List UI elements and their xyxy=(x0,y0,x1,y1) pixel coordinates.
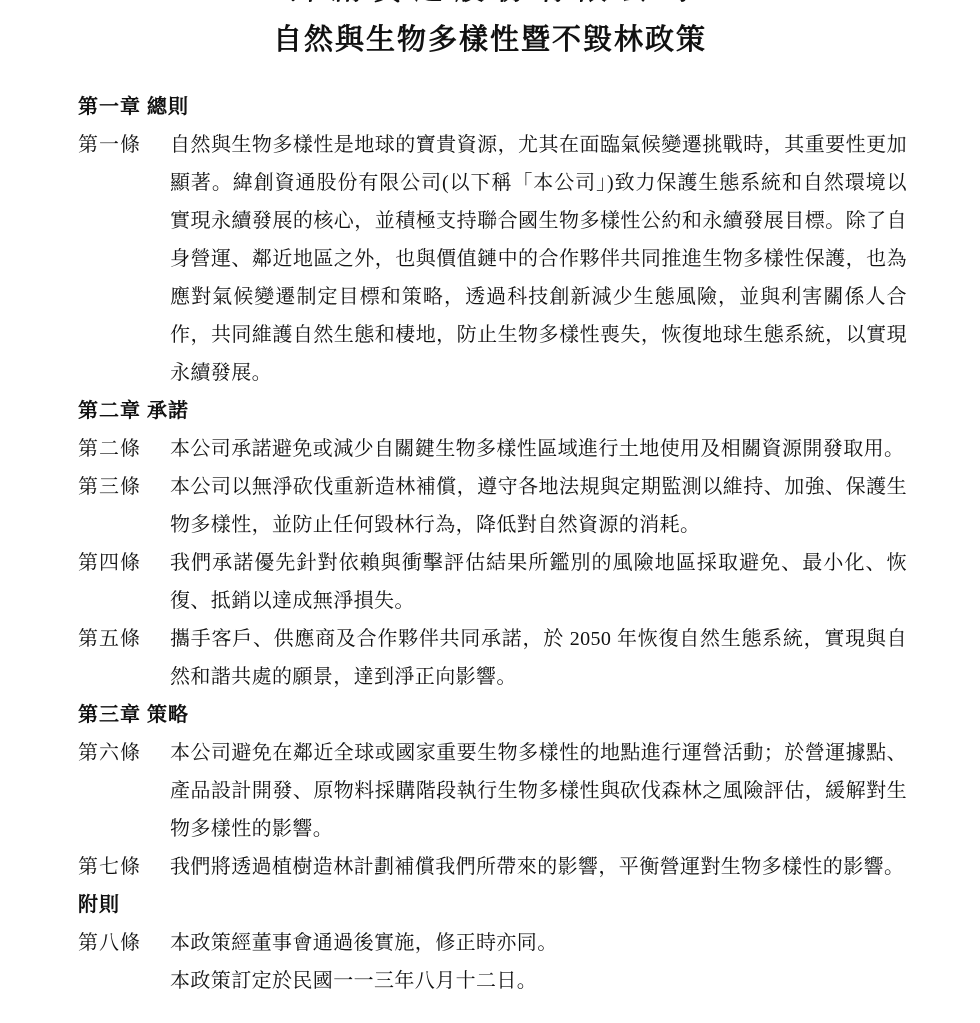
clipped-header-line: 緯創資通股份有限公司 xyxy=(0,0,980,6)
article-text: 我們承諾優先針對依賴與衝擊評估結果所鑑別的風險地區採取避免、最小化、恢復、抵銷以… xyxy=(170,544,907,620)
chapter-heading: 第二章 承諾 xyxy=(78,392,907,430)
article-text: 本公司避免在鄰近全球或國家重要生物多樣性的地點進行運營活動；於營運據點、產品設計… xyxy=(170,734,907,848)
article-number: 第二條 xyxy=(78,430,170,468)
article-number: 第六條 xyxy=(78,734,170,848)
article-paragraph: 本公司承諾避免或減少自關鍵生物多樣性區域進行土地使用及相關資源開發取用。 xyxy=(170,430,907,468)
chapter-heading: 第三章 策略 xyxy=(78,696,907,734)
article-row: 第一條自然與生物多樣性是地球的寶貴資源，尤其在面臨氣候變遷挑戰時，其重要性更加顯… xyxy=(78,126,907,392)
article-number: 第八條 xyxy=(78,924,170,1000)
article-text: 攜手客戶、供應商及合作夥伴共同承諾，於 2050 年恢復自然生態系統，實現與自然… xyxy=(170,620,907,696)
policy-document: 緯創資通股份有限公司 自然與生物多樣性暨不毀林政策 第一章 總則第一條自然與生物… xyxy=(0,20,980,1000)
article-number: 第七條 xyxy=(78,848,170,886)
article-paragraph: 本公司以無淨砍伐重新造林補償，遵守各地法規與定期監測以維持、加強、保護生物多樣性… xyxy=(170,468,907,544)
article-paragraph: 本公司避免在鄰近全球或國家重要生物多樣性的地點進行運營活動；於營運據點、產品設計… xyxy=(170,734,907,848)
chapter-heading: 附則 xyxy=(78,886,907,924)
article-number: 第一條 xyxy=(78,126,170,392)
article-row: 第三條本公司以無淨砍伐重新造林補償，遵守各地法規與定期監測以維持、加強、保護生物… xyxy=(78,468,907,544)
article-number: 第五條 xyxy=(78,620,170,696)
article-text: 自然與生物多樣性是地球的寶貴資源，尤其在面臨氣候變遷挑戰時，其重要性更加顯著。緯… xyxy=(170,126,907,392)
chapter-heading: 第一章 總則 xyxy=(78,88,907,126)
article-row: 第四條我們承諾優先針對依賴與衝擊評估結果所鑑別的風險地區採取避免、最小化、恢復、… xyxy=(78,544,907,620)
article-text: 我們將透過植樹造林計劃補償我們所帶來的影響，平衡營運對生物多樣性的影響。 xyxy=(170,848,907,886)
article-paragraph: 攜手客戶、供應商及合作夥伴共同承諾，於 2050 年恢復自然生態系統，實現與自然… xyxy=(170,620,907,696)
document-body: 第一章 總則第一條自然與生物多樣性是地球的寶貴資源，尤其在面臨氣候變遷挑戰時，其… xyxy=(0,88,980,1000)
article-row: 第八條本政策經董事會通過後實施，修正時亦同。本政策訂定於民國一一三年八月十二日。 xyxy=(78,924,907,1000)
article-number: 第三條 xyxy=(78,468,170,544)
article-row: 第二條本公司承諾避免或減少自關鍵生物多樣性區域進行土地使用及相關資源開發取用。 xyxy=(78,430,907,468)
article-row: 第五條攜手客戶、供應商及合作夥伴共同承諾，於 2050 年恢復自然生態系統，實現… xyxy=(78,620,907,696)
article-text: 本公司以無淨砍伐重新造林補償，遵守各地法規與定期監測以維持、加強、保護生物多樣性… xyxy=(170,468,907,544)
article-paragraph: 自然與生物多樣性是地球的寶貴資源，尤其在面臨氣候變遷挑戰時，其重要性更加顯著。緯… xyxy=(170,126,907,392)
article-number: 第四條 xyxy=(78,544,170,620)
article-text: 本公司承諾避免或減少自關鍵生物多樣性區域進行土地使用及相關資源開發取用。 xyxy=(170,430,907,468)
article-paragraph: 我們將透過植樹造林計劃補償我們所帶來的影響，平衡營運對生物多樣性的影響。 xyxy=(170,848,907,886)
article-paragraph: 本政策訂定於民國一一三年八月十二日。 xyxy=(170,962,907,1000)
article-paragraph: 我們承諾優先針對依賴與衝擊評估結果所鑑別的風險地區採取避免、最小化、恢復、抵銷以… xyxy=(170,544,907,620)
page-title: 自然與生物多樣性暨不毀林政策 xyxy=(0,20,980,60)
article-text: 本政策經董事會通過後實施，修正時亦同。本政策訂定於民國一一三年八月十二日。 xyxy=(170,924,907,1000)
article-row: 第六條本公司避免在鄰近全球或國家重要生物多樣性的地點進行運營活動；於營運據點、產… xyxy=(78,734,907,848)
article-paragraph: 本政策經董事會通過後實施，修正時亦同。 xyxy=(170,924,907,962)
article-row: 第七條我們將透過植樹造林計劃補償我們所帶來的影響，平衡營運對生物多樣性的影響。 xyxy=(78,848,907,886)
